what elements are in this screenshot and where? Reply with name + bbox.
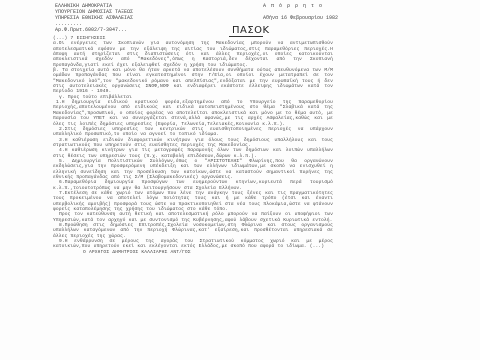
protocol-number: Αρ.Φ.Πρωτ.6002/7-3047... xyxy=(55,27,127,33)
paragraph-a: α.Οι ενέργειες των Σκοπιανών για αυτονόμ… xyxy=(53,41,333,68)
classification-label: Α π ό ρ ρ η τ ο xyxy=(263,3,323,9)
item-8: 8.Προώθηση στις δημόσιες Επιτροπές,Σχολε… xyxy=(53,223,333,239)
document-body: (...) 7 ΕΙΣΗΓΗΣΕΙΣ α.Οι ενέργειες των Σκ… xyxy=(53,36,333,255)
scanned-document-page: ΕΛΛΗΝΙΚΗ ΔΗΜΟΚΡΑΤΙΑ ΥΠΟΥΡΓΕΙΟΝ ΔΗΜΟΣΙΑΣ … xyxy=(0,0,480,360)
item-9: 9.Η ενθάρρυνση σε μέρους της αγοράς του … xyxy=(53,239,333,250)
item-1: 1.Η δημιουργία ειδικού κρατικού φορέα,εξ… xyxy=(53,100,333,127)
signature: Ο ΑΡΧΗΓΟΣ ΔΗΜΗΤΡΙΟΣ ΚΑΛΛΙΑΡΗΣ ΑΝΤ/ΓΟΣ xyxy=(53,250,333,255)
item-4: 4.Η καθιέρωση κινήτρων για τις μεταγραφέ… xyxy=(53,148,333,159)
item-2: 2.Στις δημόσιες υπηρεσίες των κεντρικών … xyxy=(53,127,333,138)
item-7: 7.Εκτέλεση σε κάθε χωριό των ατόμων που … xyxy=(53,191,333,212)
paragraph-direction: Προς τον κατεύθυνση αυτή θετική και αποτ… xyxy=(53,212,333,223)
date-line: Αθήνα 16 Φεβρουαρίου 1982 xyxy=(263,15,338,21)
item-5: 5. Δημιουργία Πολιτιστικών Συλλόγων,όπως… xyxy=(53,159,333,180)
item-3: 3.Η καθιέρωση ειδικών διαφορετικών κινήτ… xyxy=(53,138,333,149)
pasok-stamp: ΠΑΣΟΚ xyxy=(232,25,270,36)
paragraph-b: β. Τα στοιχεία αυτά και μόνο θα ήταν αρκ… xyxy=(53,68,333,95)
item-6: 6.Παραμεθόρια δημιουργία προσφύγων των ε… xyxy=(53,180,333,191)
